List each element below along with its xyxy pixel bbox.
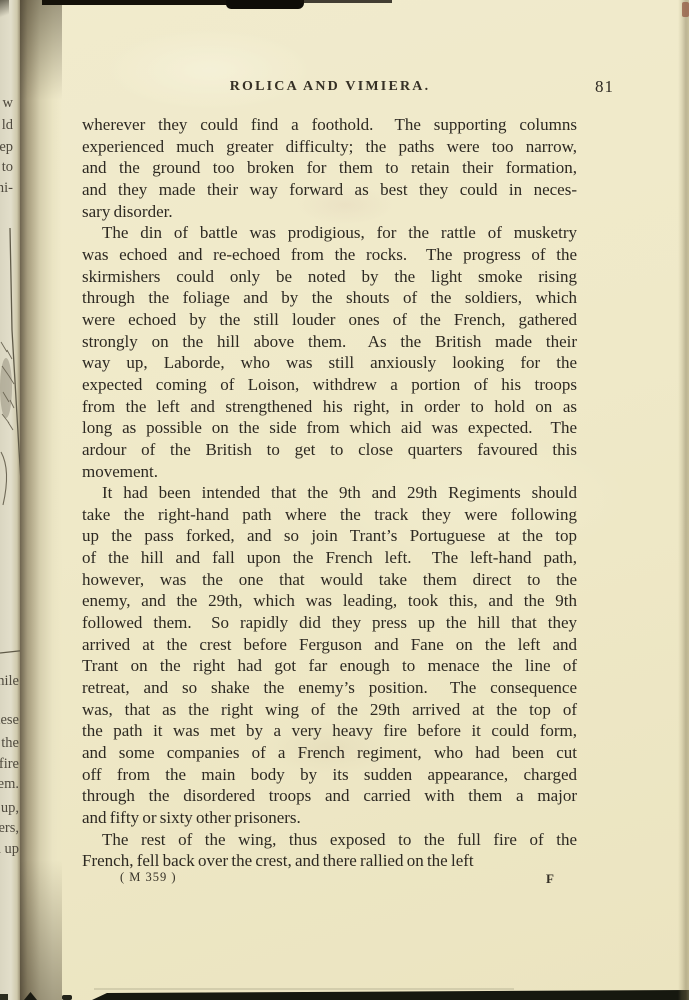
facing-page-text-fragment: way up,: [0, 800, 19, 817]
scan-edge-bottom-highlight: [94, 988, 514, 990]
facing-page-text-fragment: to: [2, 159, 13, 176]
text-line: way up, Laborde, who was still anxiously…: [82, 352, 577, 374]
text-line: through the disordered troops and carrie…: [82, 785, 577, 807]
text-line: was, that as the right wing of the 29th …: [82, 699, 577, 721]
printer-mark: ( M 359 ): [120, 870, 177, 885]
facing-page-text-fragment: m these: [0, 712, 19, 729]
text-line: strongly on the hill above them. As the …: [82, 331, 577, 353]
facing-page-text-fragment: oulders,: [0, 820, 19, 837]
scan-edge-top-mark: [226, 0, 304, 9]
text-line: experienced much greater difficulty; the…: [82, 136, 577, 158]
page-right-edge-stain: [682, 2, 689, 17]
text-line: skirmishers could only be noted by the l…: [82, 266, 577, 288]
text-line: and the ground too broken for them to re…: [82, 157, 577, 179]
text-line: It had been intended that the 9th and 29…: [82, 482, 577, 504]
facing-page-text-fragment: imi-: [0, 180, 13, 197]
facing-page-text-fragment: ld: [2, 117, 13, 134]
text-line: the path it was met by a very heavy fire…: [82, 720, 577, 742]
text-line: were echoed by the still louder ones of …: [82, 309, 577, 331]
book-page-scan: wldeptoimi-g, whilem theset of thethe fi…: [0, 0, 689, 1000]
text-line: take the right-hand path where the track…: [82, 504, 577, 526]
facing-page-text-fragment: t of the: [0, 735, 19, 752]
text-line: off from the main body by its sudden app…: [82, 764, 577, 786]
text-line: The din of battle was prodigious, for th…: [82, 222, 577, 244]
text-line: from the left and strengthened his right…: [82, 396, 577, 418]
text-line: up the pass forked, and so join Trant’s …: [82, 525, 577, 547]
facing-page-text-fragment: the fire: [0, 756, 19, 773]
facing-page-text-fragment: ep: [0, 139, 13, 156]
text-line: ardour of the British to get to close qu…: [82, 439, 577, 461]
text-line: movement.: [82, 461, 577, 483]
text-line: through the foliage and by the shouts of…: [82, 287, 577, 309]
text-line: however, was the one that would take the…: [82, 569, 577, 591]
scan-edge-bottom-mark: [0, 994, 8, 1000]
text-line: and they made their way forward as best …: [82, 179, 577, 201]
page-right-edge: [678, 0, 689, 1000]
text-line: expected coming of Loison, withdrew a po…: [82, 374, 577, 396]
text-line: was echoed and re-echoed from the rocks.…: [82, 244, 577, 266]
facing-page-text-fragment: l them.: [0, 776, 19, 793]
signature-letter: F: [546, 871, 554, 887]
scan-edge-bottom-mark: [62, 995, 72, 1000]
running-title: ROLICA AND VIMIERA.: [230, 79, 431, 95]
page-text: wherever they could find a foothold. The…: [82, 114, 577, 872]
text-line: followed them. So rapidly did they press…: [82, 612, 577, 634]
text-line: wherever they could find a foothold. The…: [82, 114, 577, 136]
text-line: long as possible on the side from which …: [82, 417, 577, 439]
text-line: enemy, and the 29th, which was leading, …: [82, 590, 577, 612]
facing-page-text-fragment: g, while: [0, 673, 19, 690]
page-number: 81: [595, 77, 614, 97]
text-line: and some companies of a French regiment,…: [82, 742, 577, 764]
scan-edge-top-thin: [300, 0, 392, 3]
text-line: The rest of the wing, thus exposed to th…: [82, 829, 577, 851]
facing-page-text-fragment: bed up: [0, 841, 19, 858]
text-line: French, fell back over the crest, and th…: [82, 850, 577, 872]
text-line: of the hill and fall upon the French lef…: [82, 547, 577, 569]
scan-corner-shadow: [0, 0, 9, 22]
text-line: sary disorder.: [82, 201, 577, 223]
text-line: and fifty or sixty other prisoners.: [82, 807, 577, 829]
text-line: retreat, and so shake the enemy’s positi…: [82, 677, 577, 699]
text-line: Trant on the right had got far enough to…: [82, 655, 577, 677]
facing-page-text-fragment: w: [3, 95, 13, 112]
text-line: arrived at the crest before Ferguson and…: [82, 634, 577, 656]
